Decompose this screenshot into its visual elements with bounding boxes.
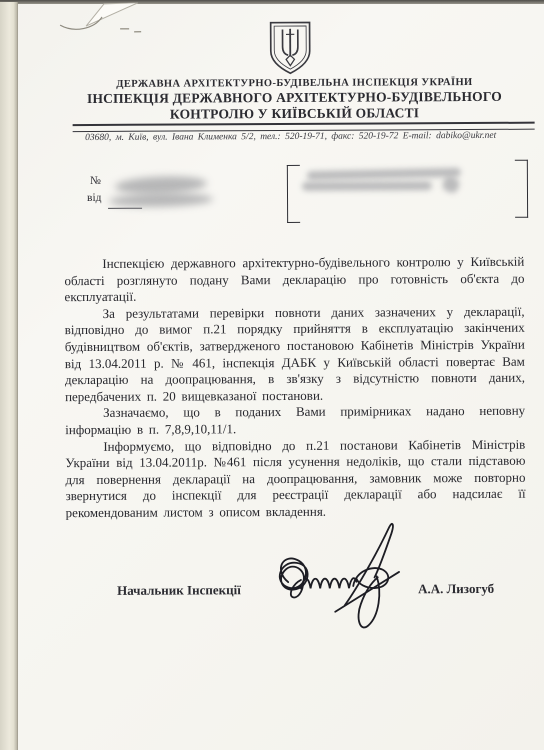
letter-content: ДЕРЖАВНА АРХІТЕКТУРНО-БУДІВЕЛЬНА ІНСПЕКЦ…	[18, 3, 544, 750]
redacted-ref-date	[109, 192, 213, 207]
addressee-bracket-right	[515, 160, 528, 218]
staple-fold-artifact-icon	[46, 2, 196, 45]
signer-name: А.А. Лизогуб	[418, 581, 494, 597]
ref-number-label: №	[90, 175, 101, 187]
body-paragraph-2: За результатами перевірки повноти даних …	[65, 304, 526, 406]
redacted-addressee-curl	[441, 174, 462, 194]
ukraine-trident-emblem-icon	[265, 20, 315, 78]
redacted-ref-number	[115, 175, 208, 196]
scanned-letter-page: ДЕРЖАВНА АРХІТЕКТУРНО-БУДІВЕЛЬНА ІНСПЕКЦ…	[0, 0, 544, 750]
scan-left-margin-strip	[0, 2, 18, 750]
letter-body: Інспекцією державного архітектурно-будів…	[64, 254, 525, 522]
redacted-addressee-line1	[307, 168, 461, 180]
ref-date-label: від	[87, 192, 102, 204]
org-name-line3: КОНТРОЛЮ У КИЇВСЬКІЙ ОБЛАСТІ	[32, 105, 544, 124]
body-paragraph-3: Зазначаємо, що в поданих Вами примірника…	[65, 403, 525, 439]
body-paragraph-1: Інспекцією державного архітектурно-будів…	[64, 254, 524, 306]
addressee-bracket-left	[287, 165, 300, 223]
contact-info-line: 03680, м. Київ, вул. Івана Клименка 5/2,…	[28, 131, 544, 144]
handwritten-signature	[254, 515, 415, 676]
redacted-addressee-line2	[302, 181, 432, 191]
signer-position-title: Начальник Інспекції	[117, 582, 241, 599]
ref-date-underline	[108, 208, 142, 209]
body-paragraph-4: Інформуємо, що відповідно до п.21 постан…	[65, 436, 525, 521]
